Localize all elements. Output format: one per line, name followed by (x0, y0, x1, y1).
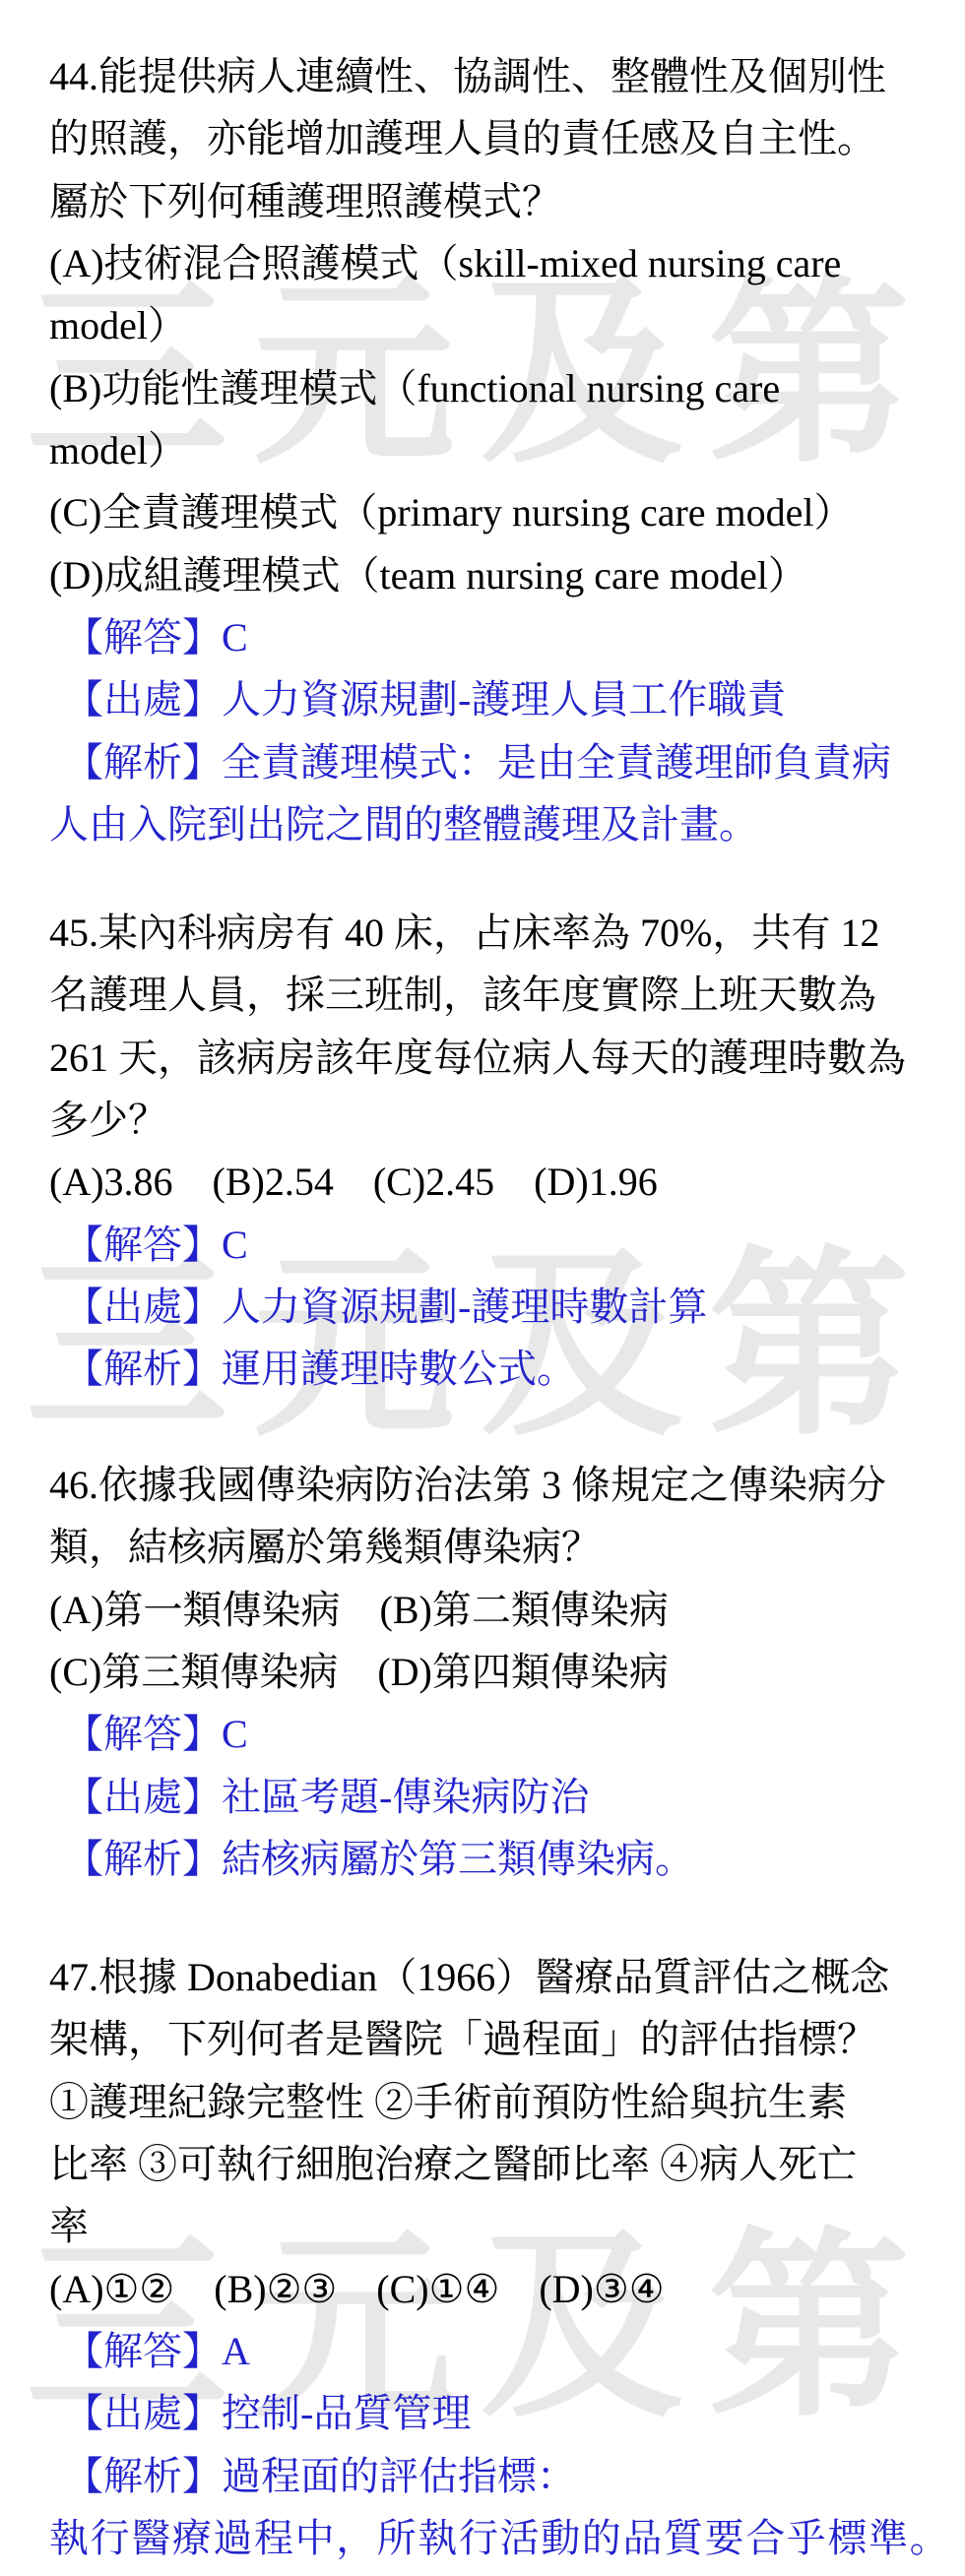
q44-option-b-cont: model） (49, 419, 950, 481)
q44-question-line-1: 44.能提供病人連續性、協調性、整體性及個別性 (49, 45, 950, 107)
q46-question-line-2: 類，結核病屬於第幾類傳染病？ (49, 1516, 950, 1578)
q46-question-line-1: 46.依據我國傳染病防治法第 3 條規定之傳染病分 (49, 1454, 950, 1516)
q45-question-line-4: 多少？ (49, 1089, 950, 1151)
q44-option-c: (C)全責護理模式（primary nursing care model） (49, 481, 950, 543)
q45-question-line-1: 45.某內科病房有 40 床，占床率為 70%，共有 12 (49, 902, 950, 964)
q45-question-line-2: 名護理人員，採三班制，該年度實際上班天數為 (49, 964, 950, 1026)
question-47-block: 47.根據 Donabedian（1966）醫療品質評估之概念 架構，下列何者是… (49, 1946, 950, 2569)
q44-question-line-3: 屬於下列何種護理照護模式？ (49, 170, 950, 232)
q45-answer-line: 【解答】C (49, 1214, 950, 1276)
q47-question-line-1: 47.根據 Donabedian（1966）醫療品質評估之概念 (49, 1946, 950, 2008)
q44-question-line-2: 的照護，亦能增加護理人員的責任感及自主性。 (49, 107, 950, 169)
question-46-block: 46.依據我國傳染病防治法第 3 條規定之傳染病分 類，結核病屬於第幾類傳染病？… (49, 1454, 950, 1890)
q44-option-d: (D)成組護理模式（team nursing care model） (49, 544, 950, 606)
q44-analysis-line: 【解析】全責護理模式：是由全責護理師負責病 (49, 731, 950, 793)
q47-answer-line: 【解答】A (49, 2320, 950, 2382)
question-44-block: 44.能提供病人連續性、協調性、整體性及個別性 的照護，亦能增加護理人員的責任感… (49, 45, 950, 855)
q45-source-line: 【出處】人力資源規劃-護理時數計算 (49, 1276, 950, 1338)
q46-source-line: 【出處】社區考題-傳染病防治 (49, 1766, 950, 1828)
q44-option-a-cont: model） (49, 294, 950, 356)
q44-analysis-cont: 人由入院到出院之間的整體護理及計畫。 (49, 793, 950, 855)
q47-item-line-3: 率 (49, 2195, 950, 2257)
q46-options-row-ab: (A)第一類傳染病 (B)第二類傳染病 (49, 1579, 950, 1641)
q44-answer-line: 【解答】C (49, 606, 950, 668)
q47-item-line-2: 比率 ③可執行細胞治療之醫師比率 ④病人死亡 (49, 2133, 950, 2195)
exam-answer-document: 44.能提供病人連續性、協調性、整體性及個別性 的照護，亦能增加護理人員的責任感… (0, 0, 965, 2576)
q45-question-line-3: 261 天，該病房該年度每位病人每天的護理時數為 (49, 1027, 950, 1089)
q47-item-line-1: ①護理紀錄完整性 ②手術前預防性給與抗生素 (49, 2071, 950, 2133)
q46-analysis-line: 【解析】結核病屬於第三類傳染病。 (49, 1828, 950, 1890)
question-45-block: 45.某內科病房有 40 床，占床率為 70%，共有 12 名護理人員，採三班制… (49, 902, 950, 1401)
q44-option-a: (A)技術混合照護模式（skill-mixed nursing care (49, 232, 950, 294)
q47-question-line-2: 架構，下列何者是醫院「過程面」的評估指標？ (49, 2008, 950, 2070)
q45-options-row: (A)3.86 (B)2.54 (C)2.45 (D)1.96 (49, 1151, 950, 1213)
q44-source-line: 【出處】人力資源規劃-護理人員工作職責 (49, 668, 950, 730)
q45-analysis-line: 【解析】運用護理時數公式。 (49, 1338, 950, 1400)
q46-answer-line: 【解答】C (49, 1703, 950, 1765)
q47-options-row: (A)①② (B)②③ (C)①④ (D)③④ (49, 2258, 950, 2320)
q44-option-b: (B)功能性護理模式（functional nursing care (49, 357, 950, 419)
q47-analysis-cont: 執行醫療過程中，所執行活動的品質要合乎標準。 (49, 2507, 950, 2569)
q46-options-row-cd: (C)第三類傳染病 (D)第四類傳染病 (49, 1641, 950, 1703)
q47-source-line: 【出處】控制-品質管理 (49, 2382, 950, 2444)
q47-analysis-line: 【解析】過程面的評估指標： (49, 2445, 950, 2507)
